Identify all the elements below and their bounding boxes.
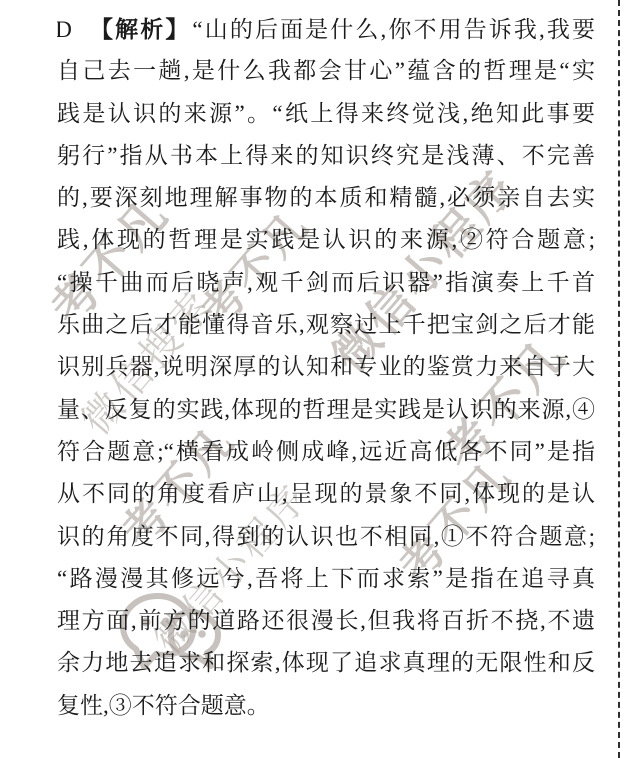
analysis-line: 从不同的角度看庐山,呈现的景象不同,体现的是认: [57, 473, 595, 515]
analysis-line: “路漫漫其修远兮,吾将上下而求索”是指在追寻真: [57, 558, 595, 600]
analysis-line: 符合题意;“横看成岭侧成峰,远近高低各不同”是指: [57, 431, 595, 473]
analysis-line: 识的角度不同,得到的认识也不相同,①不符合题意;: [57, 516, 595, 558]
analysis-line: 余力地去追求和探索,体现了追求真理的无限性和反: [57, 642, 595, 684]
analysis-line: 践是认识的来源”。“纸上得来终觉浅,绝知此事要: [57, 93, 595, 135]
analysis-line: 识别兵器,说明深厚的认知和专业的鉴赏力来自于大: [57, 346, 595, 388]
analysis-line: 理方面,前方的道路还很漫长,但我将百折不挠,不遗: [57, 600, 595, 642]
analysis-line: 自己去一趟,是什么我都会甘心”蕴含的哲理是“实: [57, 50, 595, 92]
analysis-line: 复性,③不符合题意。: [57, 685, 595, 727]
analysis-line: 量、反复的实践,体现的哲理是实践是认识的来源,④: [57, 389, 595, 431]
analysis-first-line: 1.D【解析】“山的后面是什么,你不用告诉我,我要: [57, 8, 595, 50]
analysis-label: 【解析】: [88, 16, 191, 42]
page-column-divider: [618, 0, 620, 758]
analysis-line: 躬行”指从书本上得来的知识终究是浅薄、不完善: [57, 135, 595, 177]
analysis-line: 乐曲之后才能懂得音乐,观察过上千把宝剑之后才能: [57, 304, 595, 346]
analysis-line: 的,要深刻地理解事物的本质和精髓,必须亲自去实: [57, 177, 595, 219]
analysis-line-text: “山的后面是什么,你不用告诉我,我要: [192, 17, 595, 42]
analysis-line: 践,体现的哲理是实践是认识的来源,②符合题意;: [57, 219, 595, 261]
analysis-line: “操千曲而后晓声,观千剑而后识器”指演奏上千首: [57, 262, 595, 304]
answer-letter: D: [57, 17, 72, 42]
answer-sheet-page: 考不凡 微信搜索 考不凡 微信小程序 考不凡 微信小程序 考不凡 考不凡 1.D…: [0, 0, 631, 758]
analysis-text-block: 1.D【解析】“山的后面是什么,你不用告诉我,我要 自己去一趟,是什么我都会甘心…: [57, 8, 595, 727]
